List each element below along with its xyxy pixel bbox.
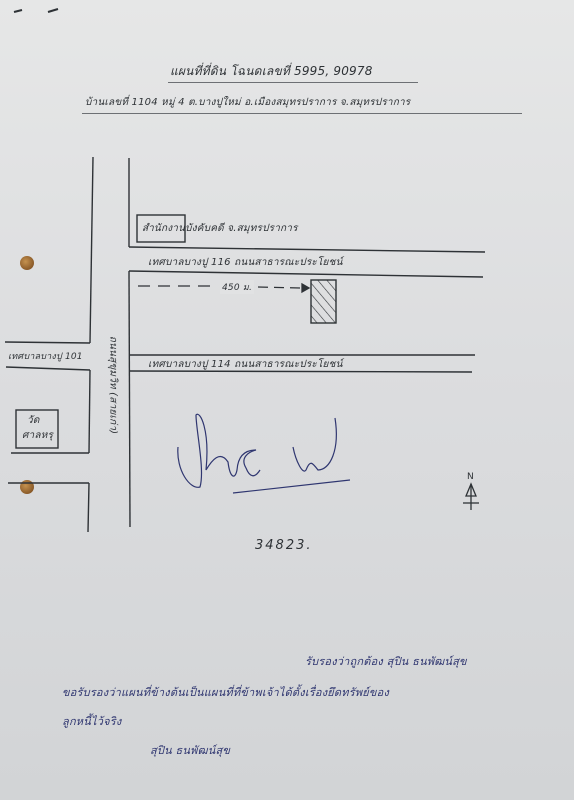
certify-line: รับรองว่าถูกต้อง สุปิน ธนพัฒน์สุข <box>305 652 467 670</box>
subject-plot-marker <box>311 280 336 323</box>
request-line-1: ขอรับรองว่าแผนที่ข้างต้นเป็นแผนที่ที่ข้า… <box>62 683 389 701</box>
road-label-upper: เทศบาลบางปู 116 ถนนสาธารณะประโยชน์ <box>148 255 343 270</box>
temple-label-line1: วัด <box>27 413 40 428</box>
signature-number: 34823. <box>255 538 313 553</box>
road-label-left: เทศบาลบางปู 101 <box>8 349 83 363</box>
signer-name: สุปิน ธนพัฒน์สุข <box>150 741 230 759</box>
road-label-lower: เทศบาลบางปู 114 ถนนสาธารณะประโยชน์ <box>148 357 343 372</box>
scanned-map-document: แผนที่ที่ดิน โฉนดเลขที่ 5995, 90978 บ้าน… <box>0 0 574 800</box>
main-road-label: ถนนสุขุมวิท (สายเก่า) <box>106 336 121 435</box>
temple-label-line2: ศาลหรุ <box>22 428 53 443</box>
north-arrow-icon <box>463 484 479 510</box>
distance-label: 450 ม. <box>220 280 254 294</box>
north-label: N <box>467 472 474 482</box>
request-line-2: ลูกหนี้ไว้จริง <box>62 712 121 730</box>
road-map-diagram <box>0 0 574 800</box>
signature-scribble <box>178 414 350 493</box>
landmark-office-label: สำนักงานบังคับคดี จ.สมุทรปราการ <box>142 221 298 236</box>
